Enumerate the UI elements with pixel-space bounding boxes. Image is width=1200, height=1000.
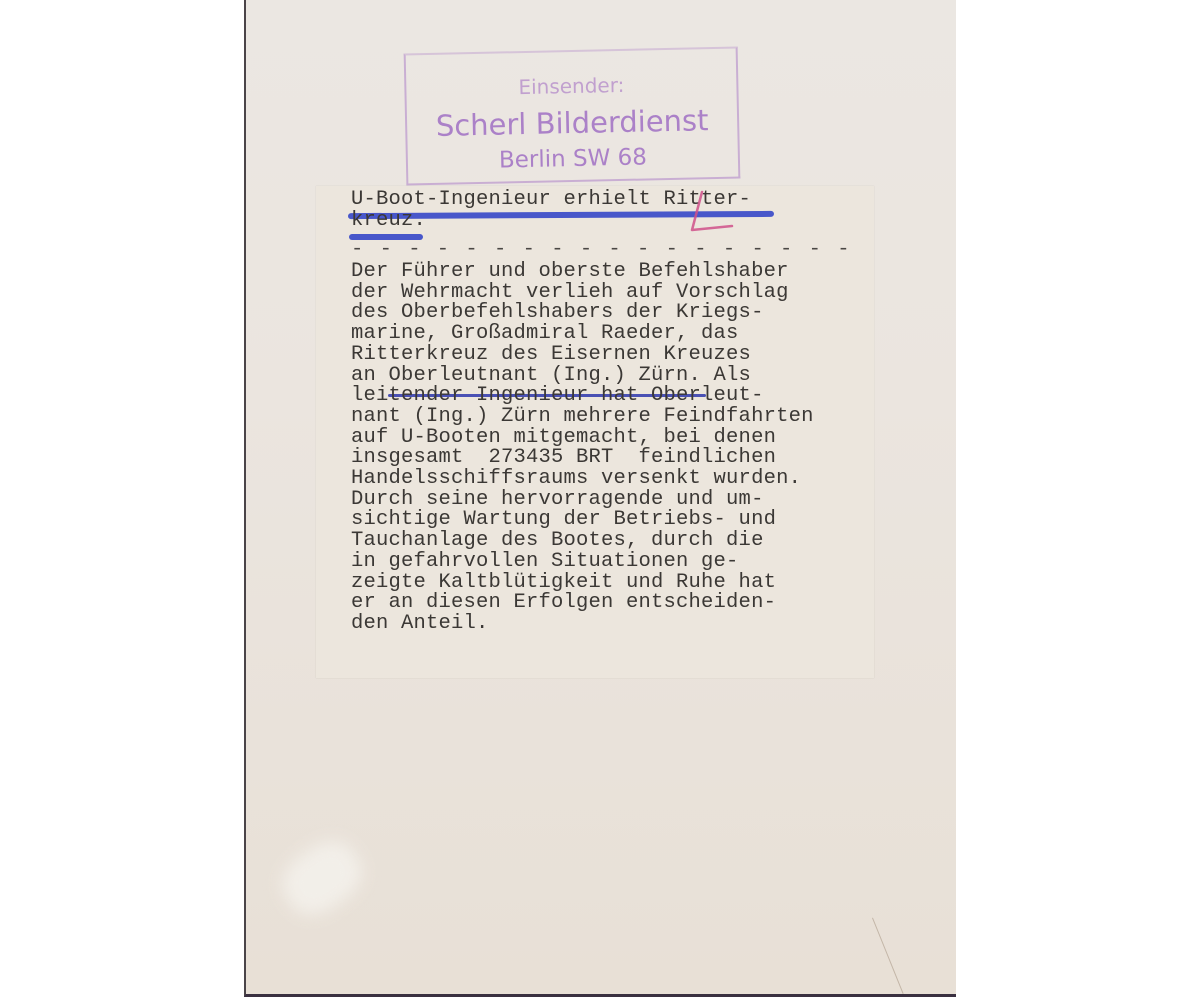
body-line: Handelsschiffsraums versenkt wurden. [351,467,801,490]
stamp-agency-name: Scherl Bilderdienst [407,103,738,144]
stamp-sender-label: Einsender: [406,71,736,102]
body-line: Tauchanlage des Bootes, durch die [351,529,764,552]
editor-mark-icon [684,190,744,238]
caption-separator: - - - - - - - - - - - - - - - - - - [351,240,852,261]
body-line: an Oberleutnant (Ing.) Zürn. Als [351,364,751,387]
body-line: in gefahrvollen Situationen ge- [351,550,739,573]
caption-body: Der Führer und oberste Befehlshaber der … [351,262,814,635]
body-line: Der Führer und oberste Befehlshaber [351,260,789,283]
body-line: den Anteil. [351,612,489,635]
body-line: auf U-Booten mitgemacht, bei denen [351,426,776,449]
sender-stamp: Einsender: Scherl Bilderdienst Berlin SW… [404,47,741,186]
body-line: Ritterkreuz des Eisernen Kreuzes [351,343,751,366]
body-line: des Oberbefehlshabers der Kriegs- [351,301,764,324]
body-line: nant (Ing.) Zürn mehrere Feindfahrten [351,405,814,428]
body-line: sichtige Wartung der Betriebs- und [351,508,776,531]
body-line: marine, Großadmiral Raeder, das [351,322,739,345]
headline-line-2: kreuz. [351,209,426,232]
body-line: zeigte Kaltblütigkeit und Ruhe hat [351,571,776,594]
body-line: er an diesen Erfolgen entscheiden- [351,591,776,614]
body-line: der Wehrmacht verlieh auf Vorschlag [351,281,789,304]
scanned-photo-verso: Einsender: Scherl Bilderdienst Berlin SW… [0,0,1200,1000]
typed-caption-clipping: U-Boot-Ingenieur erhielt Ritter- kreuz. … [316,186,874,678]
body-line: leitender Ingenieur hat Oberleut- [351,384,764,407]
body-line: Durch seine hervorragende und um- [351,488,764,511]
stamp-address: Berlin SW 68 [408,143,738,176]
body-line: insgesamt 273435 BRT feindlichen [351,446,776,469]
